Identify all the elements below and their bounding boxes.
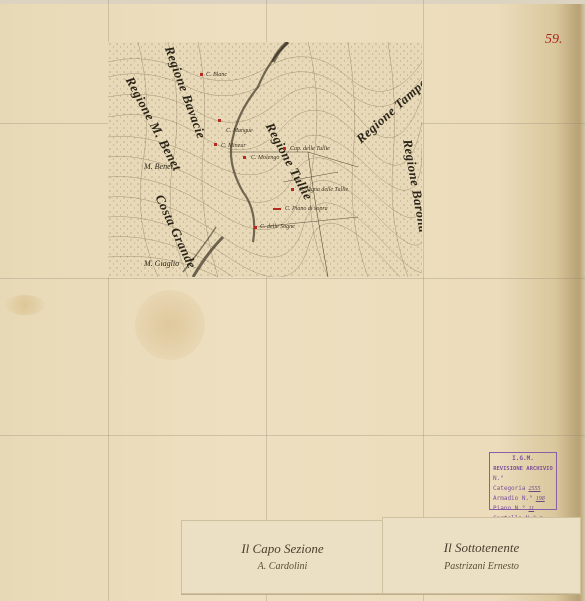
settlement-marker (283, 147, 286, 150)
topographic-map: Regione Bavacie Regione M. Benet Regione… (108, 42, 422, 277)
place-label: C. Blanc (206, 72, 227, 78)
settlement-marker (291, 188, 294, 191)
settlement-marker (218, 119, 221, 122)
place-label: Cap. delle Tullie (290, 146, 330, 152)
grid-line (423, 0, 424, 601)
stamp-row: N.° Categoria2555 (493, 474, 553, 494)
archive-stamp: I.G.M. REVISIONE ARCHIVIO N.° Categoria2… (489, 452, 557, 510)
sheet-number: 59. (545, 32, 563, 48)
map-sheet: 59. (0, 0, 585, 601)
grid-line (0, 435, 585, 436)
place-label: C. Mangue (226, 128, 253, 134)
scan-border (0, 0, 585, 4)
signature-card-sottotenente: Il Sottotenente Pastrizani Ernesto (382, 517, 581, 594)
stamp-title: I.G.M. (493, 454, 553, 464)
settlement-marker (254, 226, 257, 229)
place-label: C. Molengo (251, 155, 279, 161)
place-label: C. Vigna delle Tullie (299, 187, 348, 193)
peak-label: M. Benet (144, 162, 173, 171)
stamp-heading: REVISIONE ARCHIVIO (493, 464, 553, 474)
place-label: C. delle Sogne (260, 224, 295, 230)
signature-name: Pastrizani Ernesto (383, 561, 580, 572)
settlement-marker (214, 143, 217, 146)
peak-label: M. Giaglio (144, 259, 179, 268)
stamp-row: Piano N.°11 (493, 504, 553, 514)
paper-stain (135, 290, 205, 360)
place-label: C. Piano di sopra (285, 206, 328, 212)
settlement-marker (243, 156, 246, 159)
signature-card-capo-sezione: Il Capo Sezione A. Cardolini (181, 520, 384, 594)
signature-name: A. Cardolini (182, 561, 383, 572)
place-label: C. Mineur (221, 143, 246, 149)
settlement-marker (273, 208, 281, 210)
settlement-marker (200, 73, 203, 76)
stamp-row: Armadio N.°198 (493, 494, 553, 504)
signature-role: Il Capo Sezione (182, 541, 383, 557)
signature-role: Il Sottotenente (383, 540, 580, 556)
grid-line (0, 278, 585, 279)
paper-stain (5, 295, 45, 315)
